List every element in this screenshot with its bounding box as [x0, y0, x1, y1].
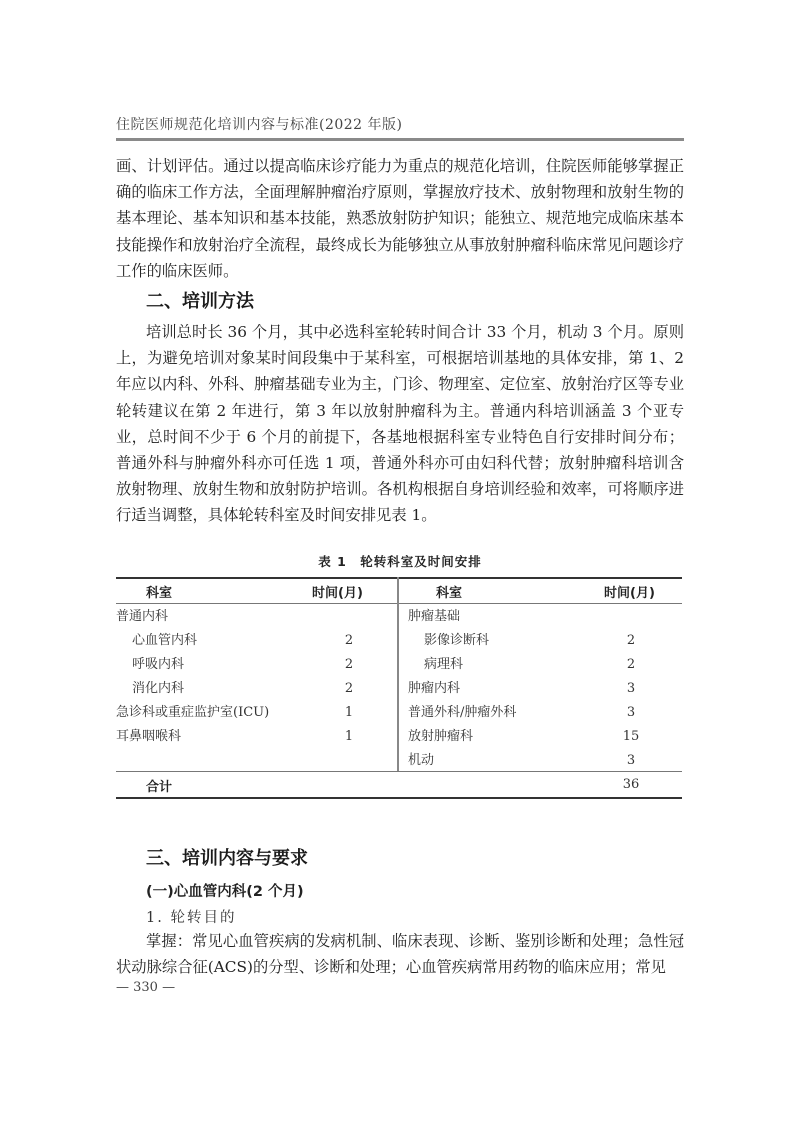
subsection-title-cardiology: (一)心血管内科(2 个月) [146, 880, 304, 901]
table-header-months-right: 时间(月) [604, 582, 655, 601]
table-cell-dept: 消化内科 [116, 677, 184, 701]
table-cell-months: 3 [611, 701, 651, 725]
table-cell-dept: 肿瘤基础 [408, 605, 460, 629]
table-cell-dept: 心血管内科 [116, 629, 197, 653]
table-top-rule [116, 577, 682, 579]
table-header-dept-left: 科室 [146, 582, 172, 601]
table-cell-dept: 急诊科或重症监护室(ICU) [116, 701, 269, 725]
section-title-training-method: 二、培训方法 [146, 287, 254, 313]
table-cell-dept: 放射肿瘤科 [408, 725, 473, 749]
table-cell-dept: 普通内科 [116, 605, 168, 629]
section-title-training-content: 三、培训内容与要求 [146, 844, 308, 870]
item-title-rotation-goal: 1. 轮转目的 [146, 906, 236, 927]
table-header-months-left: 时间(月) [312, 582, 363, 601]
paragraph-training-method: 培训总时长 36 个月，其中必选科室轮转时间合计 33 个月，机动 3 个月。原… [116, 319, 684, 529]
table-cell-months: 1 [329, 701, 369, 725]
table-cell-months: 2 [329, 629, 369, 653]
table-bottom-rule [116, 797, 682, 799]
table-header-dept-right: 科室 [436, 582, 462, 601]
table-cell-months: 15 [611, 725, 651, 749]
table-cell-months: 1 [329, 725, 369, 749]
running-head: 住院医师规范化培训内容与标准(2022 年版) [116, 114, 403, 134]
table-cell-months: 3 [611, 749, 651, 773]
table-header-rule [116, 603, 682, 604]
table-sum-rule [116, 771, 682, 772]
table-cell-dept: 机动 [408, 749, 434, 773]
paragraph-cardiology-goals: 掌握：常见心血管疾病的发病机制、临床表现、诊断、鉴别诊断和处理；急性冠状动脉综合… [116, 928, 684, 980]
table-cell-months: 2 [329, 677, 369, 701]
table-cell-months: 2 [329, 653, 369, 677]
header-rule [116, 138, 684, 141]
table-column-divider [397, 577, 399, 771]
table-cell-dept: 耳鼻咽喉科 [116, 725, 181, 749]
page-number: — 330 — [116, 980, 175, 995]
table-cell-dept: 病理科 [408, 653, 463, 677]
table-cell-dept: 呼吸内科 [116, 653, 184, 677]
table-cell-dept: 影像诊断科 [408, 629, 489, 653]
table-total-label: 合计 [146, 776, 172, 795]
paragraph-intro-continued: 画、计划评估。通过以提高临床诊疗能力为重点的规范化培训，住院医师能够掌握正确的临… [116, 153, 684, 284]
table-cell-months: 2 [611, 629, 651, 653]
table-cell-months: 3 [611, 677, 651, 701]
table-cell-months: 2 [611, 653, 651, 677]
table-total-value: 36 [611, 773, 651, 797]
table-cell-dept: 肿瘤内科 [408, 677, 460, 701]
table-cell-dept: 普通外科/肿瘤外科 [408, 701, 516, 725]
table-caption: 表 1 轮转科室及时间安排 [0, 552, 800, 570]
